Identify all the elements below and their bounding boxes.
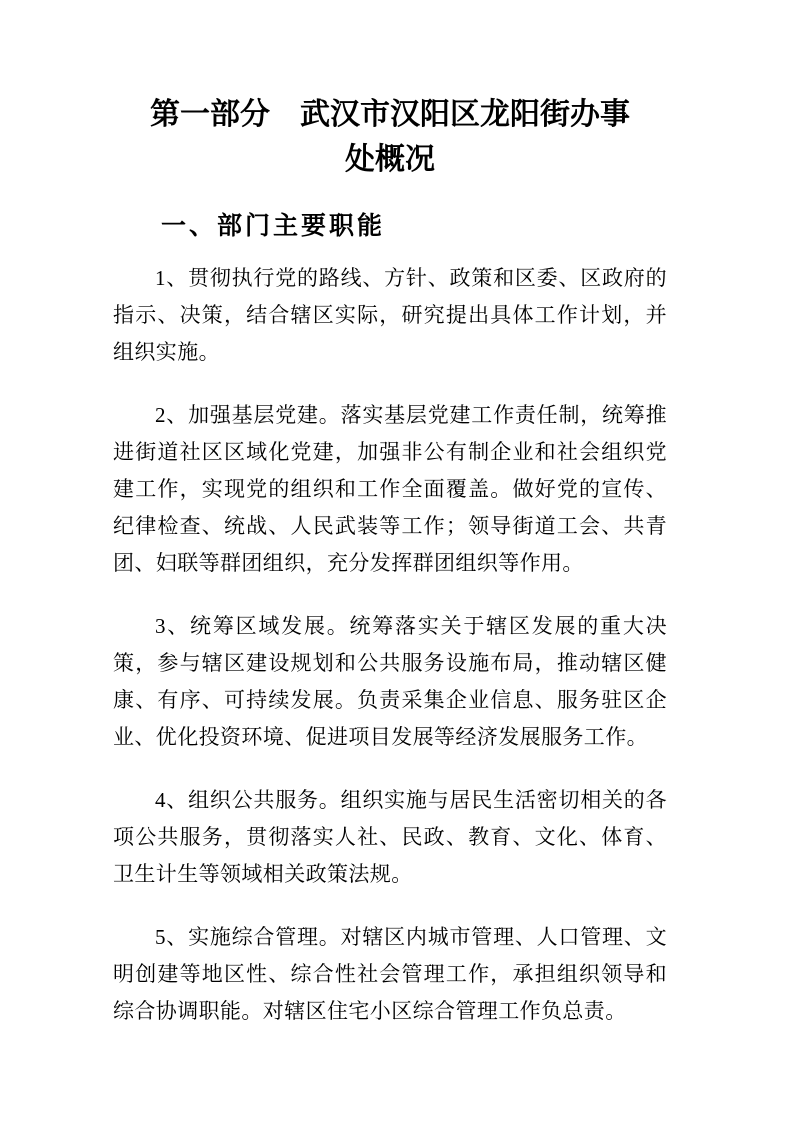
paragraph-duty-5: 5、实施综合管理。对辖区内城市管理、人口管理、文明创建等地区性、综合性社会管理工… — [113, 919, 667, 1030]
section-heading-main-duties: 一、部门主要职能 — [113, 209, 667, 243]
document-page: 第一部分 武汉市汉阳区龙阳街办事处概况 一、部门主要职能 1、贯彻执行党的路线、… — [0, 0, 793, 1122]
document-body: 1、贯彻执行党的路线、方针、政策和区委、区政府的指示、决策，结合辖区实际，研究提… — [113, 260, 667, 1030]
document-title: 第一部分 武汉市汉阳区龙阳街办事处概况 — [113, 92, 667, 182]
paragraph-duty-2: 2、加强基层党建。落实基层党建工作责任制，统筹推进街道社区区域化党建，加强非公有… — [113, 397, 667, 582]
paragraph-duty-1: 1、贯彻执行党的路线、方针、政策和区委、区政府的指示、决策，结合辖区实际，研究提… — [113, 260, 667, 371]
document-title-line-2: 处概况 — [345, 143, 435, 176]
paragraph-duty-3: 3、统筹区域发展。统筹落实关于辖区发展的重大决策，参与辖区建设规划和公共服务设施… — [113, 608, 667, 756]
document-title-line-1: 第一部分 武汉市汉阳区龙阳街办事 — [150, 98, 630, 131]
paragraph-duty-4: 4、组织公共服务。组织实施与居民生活密切相关的各项公共服务，贯彻落实人社、民政、… — [113, 782, 667, 893]
